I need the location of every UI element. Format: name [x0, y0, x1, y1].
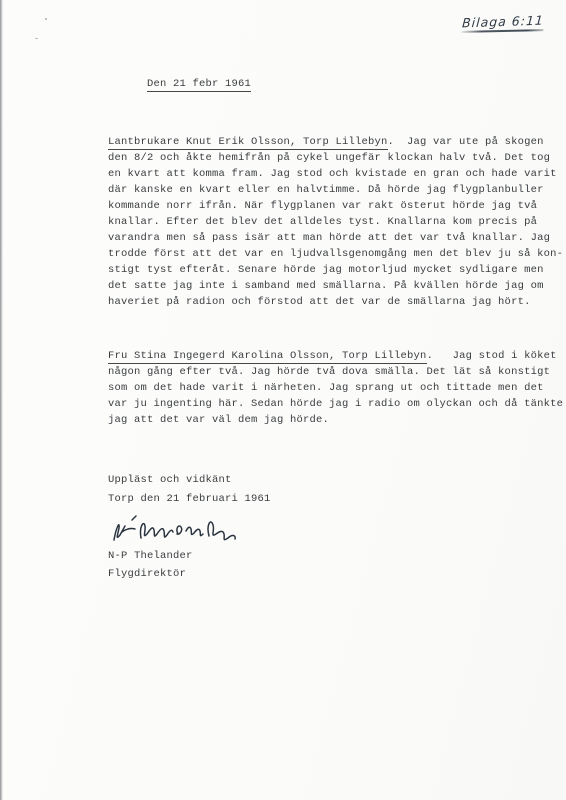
handwritten-annotation: Bilaga 6:11 [462, 13, 545, 34]
date-heading: Den 21 febr 1961 [108, 60, 558, 108]
scan-speck [45, 18, 47, 20]
statement-heading: Fru Stina Ingegerd Karolina Olsson, Torp… [108, 350, 427, 364]
statement-line: varandra men så pass isär att man hörde … [108, 230, 558, 246]
scan-edge-artifact [0, 0, 3, 800]
statement-line: det satte jag inte i samband med smällar… [108, 278, 558, 294]
place-date-line: Torp den 21 februari 1961 [108, 491, 558, 507]
handwritten-signature [110, 513, 242, 549]
statement-lead-tail: . Jag stod i köket [427, 350, 557, 362]
statement-paragraph-2: Fru Stina Ingegerd Karolina Olsson, Torp… [108, 348, 558, 428]
statement-line: jag att det var väl dem jag hörde. [108, 412, 558, 428]
statement-line: den 8/2 och åkte hemifrån på cykel ungef… [108, 150, 558, 166]
statement-line: knallar. Efter det blev det alldeles tys… [108, 214, 558, 230]
closing-block: Uppläst och vidkänt Torp den 21 februari… [108, 472, 558, 582]
attestation-line: Uppläst och vidkänt [108, 472, 558, 488]
statement-line: stigt tyst efteråt. Senare hörde jag mot… [108, 262, 558, 278]
scanned-document-page: Bilaga 6:11 Den 21 febr 1961 Lantbrukare… [0, 0, 566, 800]
statement-line: där kanske en kvart eller en halvtimme. … [108, 182, 558, 198]
statement-line: en kvart att komma fram. Jag stod och kv… [108, 166, 558, 182]
scan-speck [35, 38, 38, 39]
statement-line: någon gång efter två. Jag hörde två dova… [108, 364, 558, 380]
statement-line: var ju ingenting här. Sedan hörde jag i … [108, 396, 558, 412]
document-body: Den 21 febr 1961 Lantbrukare Knut Erik O… [108, 60, 558, 585]
statement-line: haveriet på radion och förstod att det v… [108, 294, 558, 310]
statement-lead-line: Lantbrukare Knut Erik Olsson, Torp Lille… [108, 134, 558, 150]
statement-line: som om det hade varit i närheten. Jag sp… [108, 380, 558, 396]
statement-line: trodde först att det var en ljudvallsgen… [108, 246, 558, 262]
statement-lead-tail: . Jag var ute på skogen [388, 136, 544, 148]
statement-paragraph-1: Lantbrukare Knut Erik Olsson, Torp Lille… [108, 134, 558, 310]
statement-lead-line: Fru Stina Ingegerd Karolina Olsson, Torp… [108, 348, 558, 364]
statement-line: kommande norr ifrån. När flygplanen var … [108, 198, 558, 214]
signer-name: N-P Thelander [108, 549, 558, 564]
statement-heading: Lantbrukare Knut Erik Olsson, Torp Lille… [108, 136, 388, 150]
signer-title: Flygdirektör [108, 567, 558, 582]
date-heading-text: Den 21 febr 1961 [147, 78, 251, 92]
annotation-text: Bilaga 6:11 [462, 13, 545, 31]
annotation-underline [462, 29, 544, 33]
